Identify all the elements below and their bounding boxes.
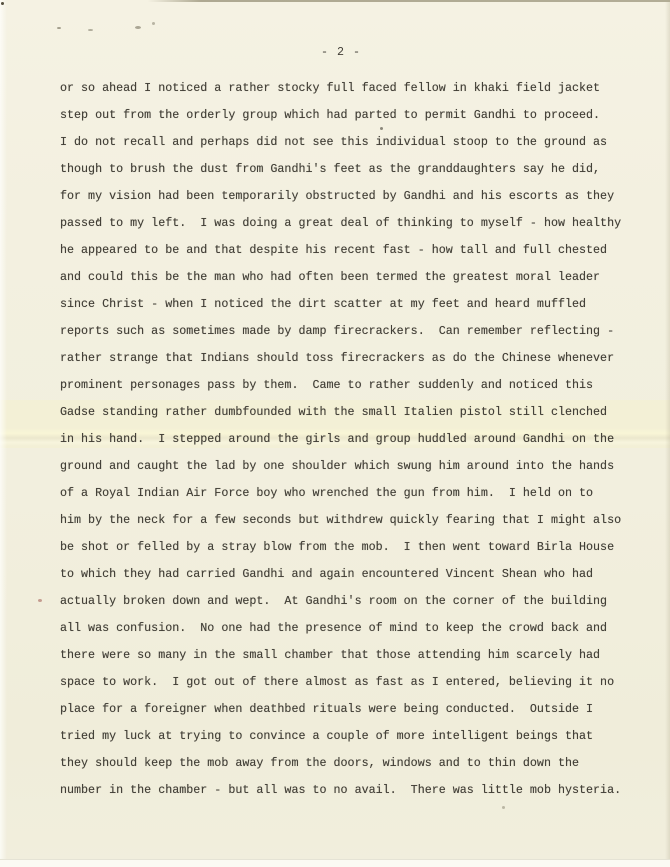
typed-line: all was confusion. No one had the presen… [60,615,660,642]
typed-line: or so ahead I noticed a rather stocky fu… [60,75,660,102]
typed-line: for my vision had been temporarily obstr… [60,183,660,210]
typed-line: passed to my left. I was doing a great d… [60,210,660,237]
typed-line: Gadse standing rather dumbfounded with t… [60,399,660,426]
typed-line: step out from the orderly group which ha… [60,102,660,129]
typewritten-page: - 2 - or so ahead I noticed a rather sto… [0,0,670,867]
typed-line: him by the neck for a few seconds but wi… [60,507,660,534]
scan-edge-left [0,0,7,867]
paper-speck [502,806,505,809]
page-number: - 2 - [60,39,622,66]
typed-line: to which they had carried Gandhi and aga… [60,561,660,588]
typescript-body: or so ahead I noticed a rather stocky fu… [60,75,660,804]
typed-line: reports such as sometimes made by damp f… [60,318,660,345]
typed-line: be shot or felled by a stray blow from t… [60,534,660,561]
paper-speck [380,127,383,130]
typed-line: though to brush the dust from Gandhi's f… [60,156,660,183]
typed-line: in his hand. I stepped around the girls … [60,426,660,453]
scan-edge-top [0,0,670,2]
typed-line: prominent personages pass by them. Came … [60,372,660,399]
paper-speck [1,2,4,5]
scan-edge-bottom [0,859,670,867]
typed-line: and could this be the man who had often … [60,264,660,291]
typed-line: tried my luck at trying to convince a co… [60,723,660,750]
typed-line: space to work. I got out of there almost… [60,669,660,696]
paper-speck [88,29,93,31]
paper-speck [152,22,155,25]
scan-edge-right [665,0,670,867]
typed-line: rather strange that Indians should toss … [60,345,660,372]
typed-line: I do not recall and perhaps did not see … [60,129,660,156]
typed-line: number in the chamber - but all was to n… [60,777,660,804]
typed-line: place for a foreigner when deathbed ritu… [60,696,660,723]
typed-line: actually broken down and wept. At Gandhi… [60,588,660,615]
typed-line: of a Royal Indian Air Force boy who wren… [60,480,660,507]
typed-line: ground and caught the lad by one shoulde… [60,453,660,480]
paper-speck [38,599,42,602]
paper-speck [57,27,61,29]
typed-line: since Christ - when I noticed the dirt s… [60,291,660,318]
typed-line: there were so many in the small chamber … [60,642,660,669]
paper-speck [97,218,99,222]
typed-line: they should keep the mob away from the d… [60,750,660,777]
typed-line: he appeared to be and that despite his r… [60,237,660,264]
paper-speck [135,26,141,29]
